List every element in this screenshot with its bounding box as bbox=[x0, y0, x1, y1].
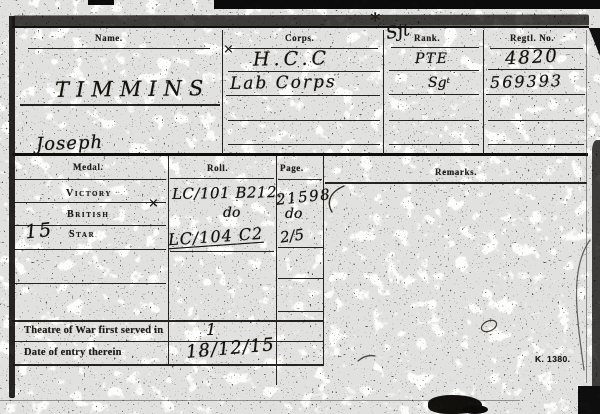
regtl-no-column-header: Regtl. No. bbox=[510, 33, 554, 43]
scanner-edge-right bbox=[592, 140, 600, 414]
rule-line-horizontal bbox=[226, 95, 380, 96]
rule-line-horizontal bbox=[389, 94, 479, 95]
rule-line-horizontal bbox=[488, 120, 584, 121]
rule-line-vertical bbox=[168, 156, 169, 365]
remarks-column-header: Remarks. bbox=[435, 167, 477, 177]
regtl-no-entry-2: 569393 bbox=[490, 71, 564, 92]
rule-line-horizontal bbox=[14, 179, 166, 180]
stray-ink-dash bbox=[356, 352, 378, 364]
roll-column-header: Roll. bbox=[207, 163, 228, 173]
roll-entry-star: LC/104 C2 bbox=[167, 224, 263, 250]
rule-line-horizontal bbox=[278, 278, 323, 279]
rule-line-vertical bbox=[483, 30, 484, 154]
rule-line-horizontal bbox=[228, 120, 380, 121]
rule-line-horizontal bbox=[391, 47, 479, 48]
regtl-no-entry-1: 4820 bbox=[504, 46, 559, 70]
surname-entry: TIMMINS bbox=[55, 76, 211, 102]
page-entry-star: 2/5 bbox=[279, 225, 305, 246]
medal-name-british: British bbox=[67, 209, 109, 220]
rule-line-horizontal bbox=[278, 179, 322, 180]
corps-check-mark: × bbox=[223, 42, 234, 57]
rule-line-horizontal bbox=[228, 144, 380, 145]
rule-line-horizontal bbox=[170, 178, 274, 179]
rule-line-horizontal bbox=[389, 120, 479, 121]
forename-entry: Joseph bbox=[36, 132, 104, 155]
rule-line-horizontal bbox=[14, 249, 166, 250]
stray-ink-oval bbox=[478, 316, 500, 336]
theatre-of-war-label: Theatre of War first served in bbox=[24, 325, 163, 336]
rank-column-header: Rank. bbox=[414, 33, 440, 43]
roll-entry-british: do bbox=[223, 205, 240, 221]
rank-entry-2: Sgt bbox=[428, 75, 450, 91]
stray-ink-curve bbox=[324, 184, 346, 214]
rank-entry-1: PTE bbox=[415, 51, 448, 67]
scanner-edge-notch bbox=[88, 0, 114, 5]
rule-line-horizontal bbox=[20, 104, 220, 106]
rule-line-horizontal bbox=[278, 311, 323, 312]
rule-line-horizontal bbox=[488, 69, 584, 70]
roll-entry-victory: LC/101 B212. bbox=[172, 183, 283, 203]
scanner-blob-bottom-2 bbox=[462, 405, 488, 414]
rule-line-horizontal bbox=[170, 251, 274, 252]
medal-name-star: Star bbox=[69, 229, 95, 240]
scanner-blob-bottom-right bbox=[578, 386, 600, 414]
medal-column-header: Medal. bbox=[73, 162, 103, 172]
rule-line-horizontal bbox=[278, 247, 323, 248]
page-entry-british: do bbox=[285, 206, 302, 222]
date-of-entry-value: 18/12/15 bbox=[185, 334, 275, 363]
rule-line-horizontal bbox=[488, 144, 584, 145]
rule-line-horizontal bbox=[389, 70, 479, 71]
rule-line-horizontal bbox=[389, 144, 479, 145]
rule-line-horizontal bbox=[14, 202, 166, 203]
stray-ink-stroke-right bbox=[560, 238, 594, 374]
victory-check-mark: × bbox=[148, 196, 159, 211]
rule-line-horizontal bbox=[28, 48, 210, 49]
rule-line-horizontal bbox=[486, 94, 585, 95]
scanned-medal-index-card: Name. Corps. Rank. Regtl. No. * Sjt × TI… bbox=[0, 0, 600, 414]
corps-entry-2: Lab Corps bbox=[230, 72, 337, 94]
theatre-of-war-value: 1 bbox=[206, 320, 216, 339]
rule-line-horizontal bbox=[325, 182, 587, 184]
card-top-border-line bbox=[12, 26, 589, 28]
card-left-border bbox=[9, 16, 15, 398]
rule-line-horizontal bbox=[12, 153, 588, 156]
card-corner-shadow bbox=[585, 28, 600, 56]
date-of-entry-label: Date of entry therein bbox=[24, 347, 122, 358]
corps-entry-1: H.C.C bbox=[253, 47, 330, 70]
card-top-border bbox=[12, 14, 589, 26]
corps-column-header: Corps. bbox=[285, 33, 314, 43]
page-column-header: Page. bbox=[280, 163, 304, 173]
medal-prefix-15: 15 bbox=[24, 219, 54, 244]
medal-name-victory: Victory bbox=[66, 188, 112, 199]
rule-line-horizontal bbox=[14, 283, 166, 284]
name-column-header: Name. bbox=[95, 33, 123, 43]
scanner-edge-top bbox=[214, 0, 600, 9]
rule-line-vertical bbox=[383, 30, 384, 154]
